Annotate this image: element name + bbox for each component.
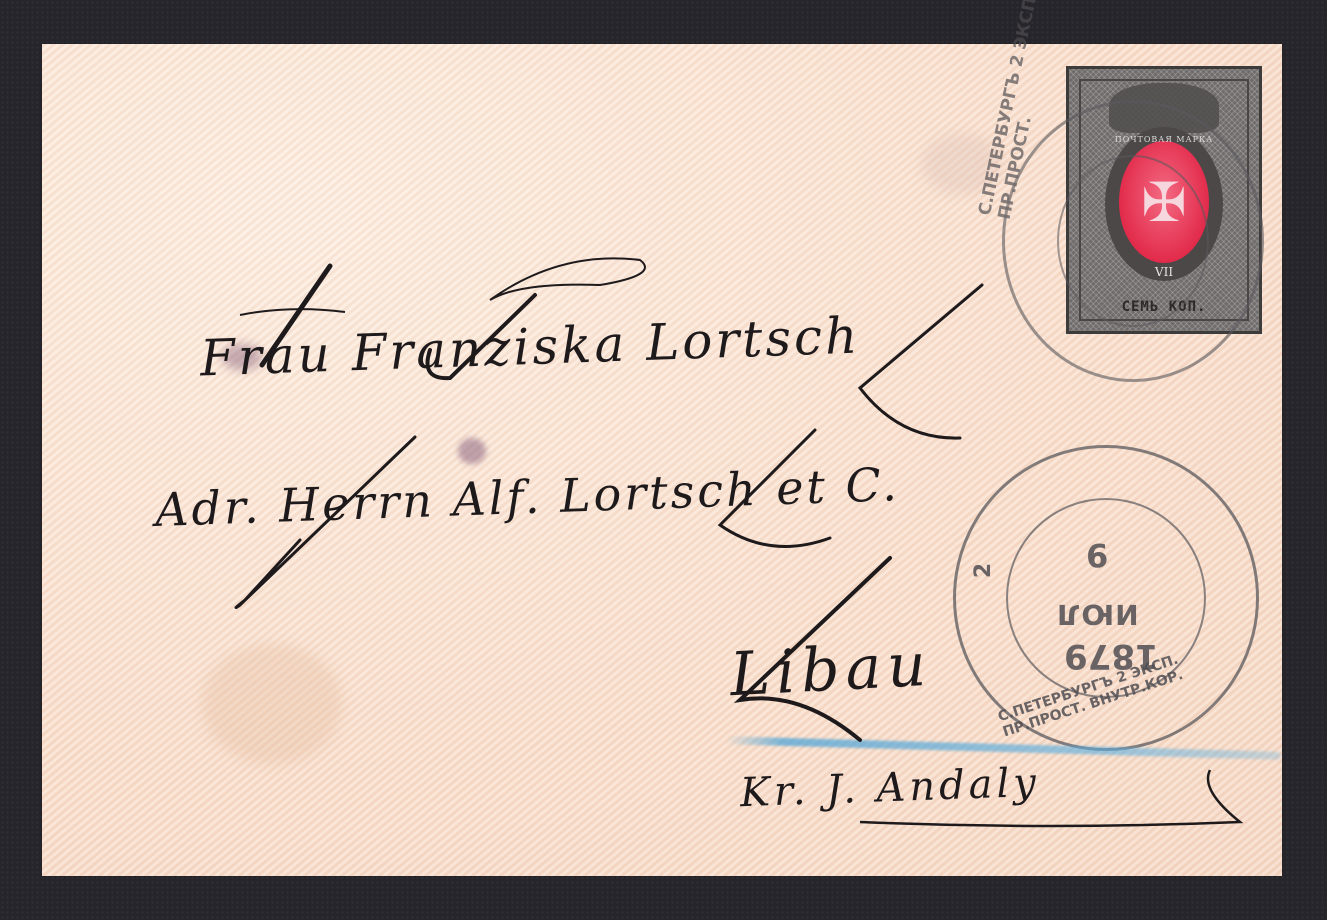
address-line-3: Libau <box>728 630 933 710</box>
handwriting-flourishes <box>0 0 1327 920</box>
